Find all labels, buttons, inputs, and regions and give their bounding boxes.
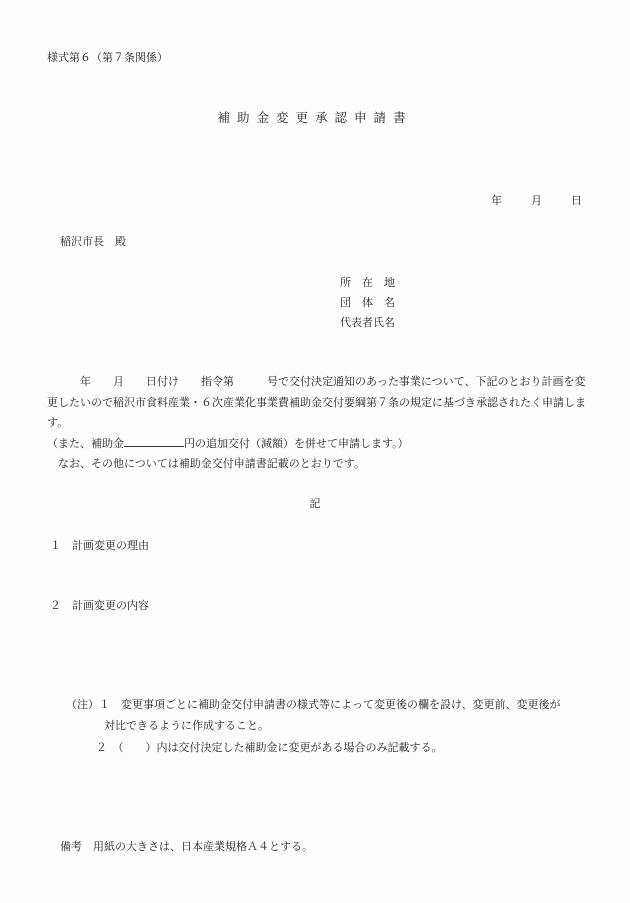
remark: 備考 用紙の大きさは、日本産業規格Ａ４とする。: [60, 838, 313, 854]
item-reason: １ 計画変更の理由: [50, 537, 149, 553]
date-field: 年 月 日: [491, 192, 582, 208]
year-label: 年: [491, 192, 502, 208]
representative-label: 代表者氏名: [340, 314, 395, 330]
form-number: 様式第６（第７条関係）: [47, 49, 168, 65]
application-body: 年 月 日付け 指令第 号で交付決定通知のあった事業について、下記のとおり計画を…: [47, 372, 587, 475]
additional-grant-suffix: 円の追加交付（減額）を併せて申請します。）: [184, 437, 409, 450]
month-label: 月: [531, 192, 542, 208]
amount-blank: [124, 435, 184, 447]
additional-grant-line: （また、補助金円の追加交付（減額）を併せて申請します。）: [47, 434, 587, 455]
body-paragraph: 年 月 日付け 指令第 号で交付決定通知のあった事業について、下記のとおり計画を…: [47, 372, 587, 434]
note-1: （注）１ 変更事項ごとに補助金交付申請書の様式等によって変更後の欄を設け、変更前…: [66, 696, 561, 712]
item-content: ２ 計画変更の内容: [50, 597, 149, 613]
addressee: 稲沢市長 殿: [60, 233, 126, 249]
ki-heading: 記: [0, 495, 630, 511]
document-title: 補助金変更承認申請書: [0, 108, 630, 126]
additional-grant-prefix: （また、補助金: [47, 437, 124, 450]
note-1-continued: 対比できるように作成すること。: [104, 717, 269, 733]
address-label: 所 在 地: [340, 274, 395, 290]
day-label: 日: [571, 192, 582, 208]
other-note: なお、その他については補助金交付申請書記載のとおりです。: [47, 454, 587, 475]
organization-label: 団 体 名: [340, 294, 395, 310]
note-2: ２ （ ）内は交付決定した補助金に変更がある場合のみ記載する。: [96, 739, 443, 755]
